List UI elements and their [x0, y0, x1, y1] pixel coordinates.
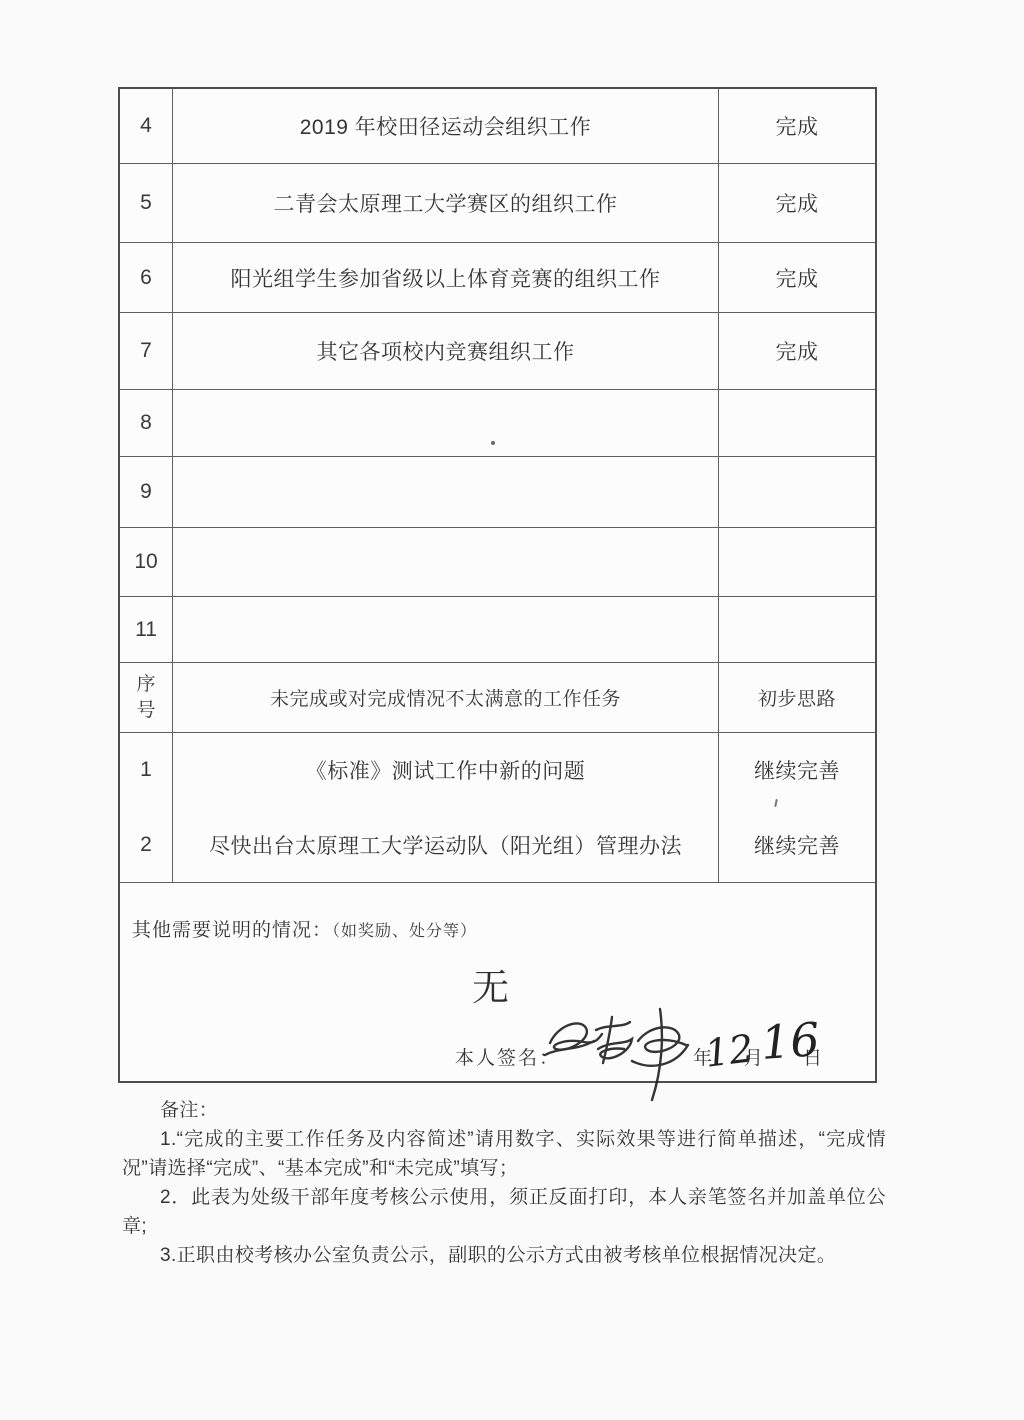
- header-no-cell: 序号: [120, 663, 173, 732]
- row-number-cell: 2: [132, 808, 160, 883]
- idea-text: 继续完善: [754, 755, 840, 785]
- row-number-cell: 5: [120, 164, 173, 242]
- scan-artifact-dot: [491, 441, 495, 445]
- footnote-item: 2．此表为处级干部年度考核公示使用，须正反面打印，本人亲笔签名并加盖单位公章;: [122, 1183, 886, 1241]
- row-number: 8: [140, 411, 152, 435]
- status-cell: [719, 597, 875, 662]
- table-row: 8: [120, 390, 875, 457]
- task-cell: [173, 390, 719, 456]
- table-row: 6 阳光组学生参加省级以上体育竞赛的组织工作 完成: [120, 243, 875, 313]
- row-number: 11: [135, 618, 157, 642]
- header-task-label: 未完成或对完成情况不太满意的工作任务: [270, 684, 621, 711]
- unfinished-no-column: 1 2: [120, 733, 173, 882]
- handwritten-month: 12: [702, 1026, 755, 1076]
- other-remarks-value: 无: [120, 957, 863, 1011]
- header-idea-cell: 初步思路: [719, 663, 875, 732]
- row-number-cell: 7: [120, 313, 173, 389]
- footnotes: 备注： 1.“完成的主要工作任务及内容简述”请用数字、实际效果等进行简单描述，“…: [122, 1096, 886, 1270]
- row-number: 4: [140, 114, 152, 138]
- row-number: 6: [140, 266, 152, 290]
- task-cell: [173, 457, 719, 527]
- task-text: 其它各项校内竞赛组织工作: [317, 336, 575, 366]
- row-number: 5: [140, 191, 152, 215]
- footnote-item: 1.“完成的主要工作任务及内容简述”请用数字、实际效果等进行简单描述，“完成情况…: [122, 1125, 886, 1183]
- row-number-cell: 10: [120, 528, 173, 596]
- idea-cell: 继续完善: [746, 808, 848, 883]
- status-text: 完成: [776, 111, 819, 141]
- row-number-cell: 8: [120, 390, 173, 456]
- task-cell: 二青会太原理工大学赛区的组织工作: [173, 164, 719, 242]
- task-text: 尽快出台太原理工大学运动队（阳光组）管理办法: [209, 830, 682, 860]
- idea-text: 继续完善: [754, 830, 840, 860]
- assessment-table: 4 2019 年校田径运动会组织工作 完成 5 二青会太原理工大学赛区的组织工作…: [118, 87, 877, 1083]
- status-cell: 完成: [719, 243, 875, 312]
- handwritten-day: 16: [759, 1012, 821, 1070]
- status-cell: 完成: [719, 164, 875, 242]
- row-number: 9: [140, 480, 152, 504]
- task-text: 2019 年校田径运动会组织工作: [300, 111, 592, 141]
- status-text: 完成: [776, 188, 819, 218]
- row-number: 2: [140, 833, 152, 857]
- table-row: 7 其它各项校内竞赛组织工作 完成: [120, 313, 875, 390]
- row-number: 7: [140, 339, 152, 363]
- task-text: 阳光组学生参加省级以上体育竞赛的组织工作: [231, 263, 661, 293]
- task-cell: 2019 年校田径运动会组织工作: [173, 89, 719, 163]
- row-number-cell: 1: [132, 733, 160, 808]
- status-text: 完成: [776, 336, 819, 366]
- status-text: 完成: [776, 263, 819, 293]
- status-cell: [719, 390, 875, 456]
- other-remarks-cell: 其他需要说明的情况：（如奖励、处分等） 无 本人签名： 年 12 月: [120, 883, 875, 1081]
- other-remarks-hint: （如奖励、处分等）: [332, 923, 477, 940]
- unfinished-header-row: 序号 未完成或对完成情况不太满意的工作任务 初步思路: [120, 663, 875, 733]
- header-idea-label: 初步思路: [758, 684, 836, 711]
- unfinished-idea-column: 继续完善 继续完善: [719, 733, 875, 882]
- idea-cell: 继续完善: [746, 733, 848, 808]
- table-row: 4 2019 年校田径运动会组织工作 完成: [120, 89, 875, 164]
- task-cell: 《标准》测试工作中新的问题: [298, 733, 594, 808]
- row-number-cell: 6: [120, 243, 173, 312]
- task-cell: 阳光组学生参加省级以上体育竞赛的组织工作: [173, 243, 719, 312]
- other-remarks-label: 其他需要说明的情况：: [132, 920, 332, 941]
- task-cell: 其它各项校内竞赛组织工作: [173, 313, 719, 389]
- footnote-item: 3.正职由校考核办公室负责公示，副职的公示方式由被考核单位根据情况决定。: [122, 1241, 886, 1270]
- row-number-cell: 4: [120, 89, 173, 163]
- task-text: 二青会太原理工大学赛区的组织工作: [274, 188, 618, 218]
- table-row: 5 二青会太原理工大学赛区的组织工作 完成: [120, 164, 875, 243]
- status-cell: 完成: [719, 313, 875, 389]
- status-cell: 完成: [719, 89, 875, 163]
- task-cell: [173, 528, 719, 596]
- unfinished-task-column: 《标准》测试工作中新的问题 尽快出台太原理工大学运动队（阳光组）管理办法: [173, 733, 719, 882]
- status-cell: [719, 457, 875, 527]
- row-number-cell: 11: [120, 597, 173, 662]
- handwritten-signature: [540, 1003, 690, 1103]
- row-number: 1: [140, 758, 152, 782]
- table-row: 9: [120, 457, 875, 528]
- row-number-cell: 9: [120, 457, 173, 527]
- header-task-cell: 未完成或对完成情况不太满意的工作任务: [173, 663, 719, 732]
- task-cell: [173, 597, 719, 662]
- table-row: 11: [120, 597, 875, 663]
- task-text: 《标准》测试工作中新的问题: [306, 755, 586, 785]
- scanned-assessment-form-page: 4 2019 年校田径运动会组织工作 完成 5 二青会太原理工大学赛区的组织工作…: [0, 0, 1024, 1420]
- row-number: 10: [134, 550, 157, 574]
- other-remarks-label-line: 其他需要说明的情况：（如奖励、处分等）: [132, 915, 477, 942]
- header-no-label: 序号: [135, 672, 157, 723]
- table-row: 10: [120, 528, 875, 597]
- footnotes-title: 备注：: [122, 1096, 886, 1125]
- task-cell: 尽快出台太原理工大学运动队（阳光组）管理办法: [201, 808, 690, 883]
- unfinished-rows-block: 1 2 《标准》测试工作中新的问题 尽快出台太原理工大学运动队（阳光组）管理办法…: [120, 733, 875, 883]
- status-cell: [719, 528, 875, 596]
